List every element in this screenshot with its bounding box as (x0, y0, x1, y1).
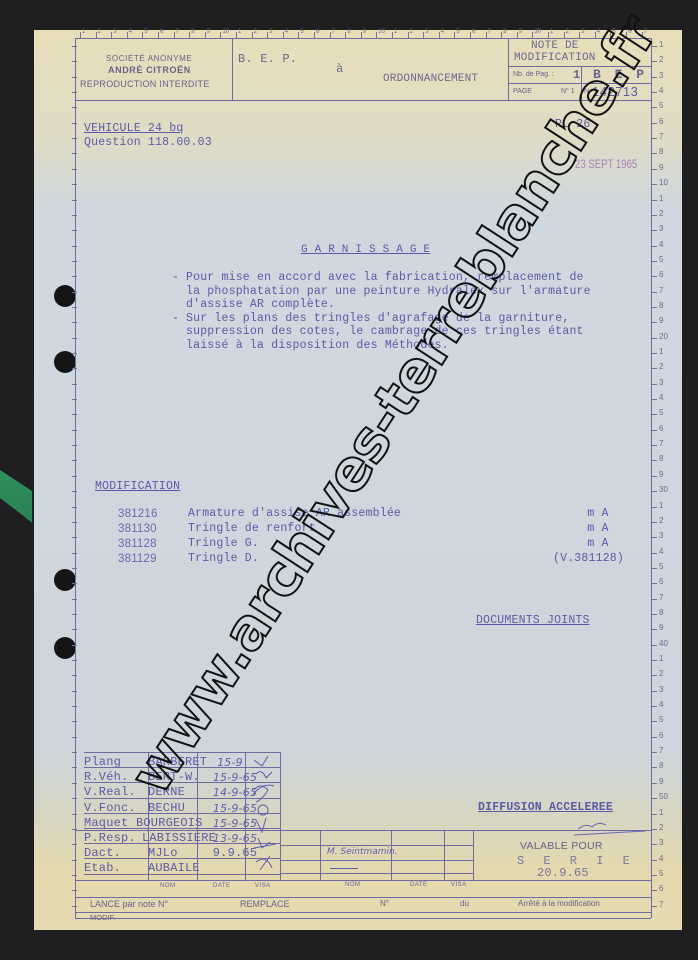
part-ref: 381129 (118, 551, 188, 567)
to-department: ORDONNANCEMENT (383, 73, 478, 85)
sig-name: MJLo (148, 846, 210, 861)
sig2-row-line (280, 845, 473, 846)
ruler-number: 5 (456, 29, 459, 35)
section-title: G A R N I S S A G E (301, 244, 430, 256)
ruler-number: 8 (659, 761, 663, 770)
ruler-number: 6 (659, 884, 663, 893)
bullet: - (172, 312, 186, 326)
bottom-ruler-line (75, 918, 651, 919)
ruler-number: 1 (659, 501, 663, 510)
pages-label: Nb. de Pag. : (513, 71, 554, 78)
ruler-number: 3 (659, 224, 663, 233)
part-ref: 381130 (118, 521, 188, 537)
ruler-number: 9 (659, 623, 663, 632)
signature-row: P.Resp.LABISSIERE13-9-65 (84, 831, 260, 846)
ruler-number: 5 (659, 408, 663, 417)
handwritten-dash (330, 868, 358, 869)
du-label: du (460, 899, 469, 908)
footer-line-2 (75, 912, 651, 913)
ruler-number: 7 (659, 900, 663, 909)
ruler-number: 9 (207, 29, 210, 35)
part-status: m A (568, 536, 628, 552)
ruler-number: 8 (503, 29, 506, 35)
ruler-number: 2 (659, 516, 663, 525)
frame-top (75, 38, 651, 39)
company-line-1: SOCIÉTÉ ANONYME (106, 54, 192, 63)
ruler-number: 9 (659, 470, 663, 479)
ruler-number: 10 (659, 178, 668, 187)
ruler-number: 7 (659, 132, 663, 141)
ruler-number: 3 (659, 71, 663, 80)
ruler-number: 7 (659, 439, 663, 448)
header-divider-2 (508, 38, 509, 100)
ruler-number: 4 (441, 29, 444, 35)
part-ref: 381216 (118, 506, 188, 522)
footer-line-1 (75, 897, 651, 898)
ruler-number: 6 (316, 29, 319, 35)
ruler-number: 5 (659, 255, 663, 264)
ruler-number: 9 (519, 29, 522, 35)
sig2-row-line (280, 873, 473, 874)
ruler-number: 3 (269, 29, 272, 35)
ruler-number: 2 (98, 29, 101, 35)
ruler-number: 5 (659, 715, 663, 724)
visa-signatures (248, 752, 282, 880)
text-line: suppression des cotes, le cambrage de ce… (172, 325, 591, 339)
sig-name: BECHU (148, 801, 210, 816)
ruler-number: 10 (222, 29, 229, 35)
lance-label: LANCE par note N° (90, 899, 168, 909)
page-label: PAGE (513, 88, 532, 95)
punch-hole (54, 351, 76, 373)
modification-row: 381129Tringle D.(V.381128) (118, 551, 628, 567)
ruler-number: 2 (410, 29, 413, 35)
punch-hole (54, 285, 76, 307)
ruler-number: 8 (659, 147, 663, 156)
doc-type: NOTE DE (531, 40, 579, 52)
ruler-number: 2 (659, 823, 663, 832)
vehicle-ref: VEHICULE 24 bq (84, 122, 183, 135)
part-description: Tringle G. (188, 536, 568, 552)
ruler-number: 3 (659, 531, 663, 540)
ruler-number: 5 (144, 29, 147, 35)
ruler-number: 5 (659, 869, 663, 878)
to-prefix: à (336, 62, 343, 76)
col-label-date: DATE (213, 883, 231, 889)
ruler-number: 4 (659, 547, 663, 556)
valid-for-label: VALABLE POUR (520, 840, 603, 852)
signature-row: Etab.AUBAILE (84, 861, 260, 876)
ruler-number: 40 (659, 639, 668, 648)
ruler-number: 8 (659, 608, 663, 617)
part-status: m A (568, 506, 628, 522)
ruler-number: 9 (659, 777, 663, 786)
modification-heading: MODIFICATION (95, 480, 180, 493)
part-description: Tringle D. (188, 551, 534, 567)
ruler-number: 5 (300, 29, 303, 35)
ruler-number: 50 (659, 792, 668, 801)
ruler-number: 6 (472, 29, 475, 35)
col2-label-date: DATE (410, 882, 428, 888)
text-line: Sur les plans des tringles d'agrafage de… (186, 312, 569, 326)
ruler-number: 6 (659, 117, 663, 126)
modification-row: 381130Tringle de renfortm A (118, 521, 628, 537)
sig-name: LABISSIERE (142, 831, 210, 846)
ruler-number: 7 (659, 593, 663, 602)
paragraph-line: -Pour mise en accord avec la fabrication… (172, 271, 591, 285)
ruler-number: 2 (659, 209, 663, 218)
col2-label-nom: NOM (345, 882, 361, 888)
ruler-number: 7 (659, 746, 663, 755)
company-name: ANDRÉ CITROËN (108, 65, 191, 75)
ruler-number: 8 (347, 29, 350, 35)
modification-row: 381128Tringle G.m A (118, 536, 628, 552)
arrete-label: Arrêté à la modification (518, 899, 600, 908)
ruler-number: 7 (659, 286, 663, 295)
signature-block-bottom-line (75, 880, 651, 881)
ruler-number: 6 (659, 731, 663, 740)
ruler-number: 9 (363, 29, 366, 35)
paragraph-line: -Sur les plans des tringles d'agrafage d… (172, 312, 591, 326)
modification-list: 381216Armature d'assise AR assembléem A … (118, 506, 628, 567)
ruler-number: 1 (82, 29, 85, 35)
ruler-number: 2 (659, 362, 663, 371)
sig2-row-line (280, 860, 473, 861)
ruler-number: 20 (378, 29, 385, 35)
part-description: Armature d'assise AR assemblée (188, 506, 568, 522)
doc-type-line-1: NOTE DE (531, 40, 579, 52)
ruler-number: 4 (659, 700, 663, 709)
ruler-number: 7 (488, 29, 491, 35)
ruler-number: 30 (534, 29, 541, 35)
ruler-number: 3 (581, 29, 584, 35)
ruler-number: 3 (113, 29, 116, 35)
ruler-number: 7 (176, 29, 179, 35)
part-status: m A (568, 521, 628, 537)
ruler-number: 4 (659, 854, 663, 863)
punch-hole (54, 637, 76, 659)
ruler-number: 6 (659, 577, 663, 586)
modif-label: MODIF. (90, 913, 115, 922)
ruler-number: 1 (659, 347, 663, 356)
ruler-number: 8 (659, 301, 663, 310)
valid-for-date: 20.9.65 (537, 866, 589, 880)
ruler-number: 4 (659, 393, 663, 402)
text-line: d'assise AR complète. (172, 298, 591, 312)
ruler-number: 1 (659, 194, 663, 203)
ruler-number: 4 (285, 29, 288, 35)
sig2-col-divider (473, 830, 474, 880)
sig-role: Maquet (84, 816, 136, 831)
handwritten-name: M. Seintmamin. (327, 847, 398, 857)
ruler-number: 6 (659, 424, 663, 433)
ruler-number: 7 (332, 29, 335, 35)
part-ref: 381128 (118, 536, 188, 552)
sig-role: P.Resp. (84, 831, 142, 846)
col-label-nom: NOM (160, 883, 176, 889)
sig-role: Dact. (84, 846, 148, 861)
bullet: - (172, 271, 186, 285)
ruler-number: 9 (659, 163, 663, 172)
right-ruler-line (651, 38, 652, 918)
question-ref: Question 118.00.03 (84, 136, 212, 149)
signature-row: MaquetBOURGEOIS15-9-65 (84, 816, 260, 831)
paragraph-1: -Pour mise en accord avec la fabrication… (172, 271, 591, 352)
header-divider-1 (232, 38, 233, 100)
ruler-number: 1 (238, 29, 241, 35)
signature-row: Dact.MJLo9.9.65 (84, 846, 260, 861)
ruler-number: 1 (659, 808, 663, 817)
ruler-number: 2 (254, 29, 257, 35)
ruler-number: 1 (550, 29, 553, 35)
part-description: Tringle de renfort (188, 521, 568, 537)
text-line: Pour mise en accord avec la fabrication,… (186, 271, 584, 285)
remplace-label: REMPLACE (240, 899, 290, 909)
ruler-number: 4 (659, 86, 663, 95)
ruler-number: 3 (659, 838, 663, 847)
ruler-number: 8 (191, 29, 194, 35)
ruler-number: 4 (659, 240, 663, 249)
company-line-3: REPRODUCTION INTERDITE (80, 79, 210, 89)
background-green-object (0, 470, 32, 540)
ruler-number: 30 (659, 485, 668, 494)
col2-label-visa: VISA (451, 882, 467, 888)
ruler-number: 1 (394, 29, 397, 35)
ruler-number: 20 (659, 332, 668, 341)
sig-role: V.Real. (84, 785, 148, 800)
ruler-number: 6 (659, 270, 663, 279)
ruler-number: 2 (659, 55, 663, 64)
sig-role: V.Fonc. (84, 801, 148, 816)
ruler-number: 2 (566, 29, 569, 35)
ruler-number: 3 (425, 29, 428, 35)
number-label: N° (380, 899, 389, 908)
ruler-number: 4 (129, 29, 132, 35)
ruler-number: 3 (659, 378, 663, 387)
diffusion-signature (570, 815, 650, 837)
ruler-number: 6 (160, 29, 163, 35)
modification-row: 381216Armature d'assise AR assembléem A (118, 506, 628, 522)
ruler-number: 5 (659, 101, 663, 110)
sig-name: BOURGEOIS (136, 816, 210, 831)
punch-hole (54, 569, 76, 591)
sig-name: AUBAILE (148, 861, 210, 876)
from-department: B. E. P. (238, 52, 297, 66)
diffusion-label: DIFFUSION ACCELEREE (478, 801, 613, 814)
ruler-number: 9 (659, 316, 663, 325)
text-line: laissé à la disposition des Méthodes. (172, 339, 591, 353)
frame-left (75, 38, 76, 918)
ruler-number: 3 (659, 685, 663, 694)
part-status: (V.381128) (534, 551, 624, 567)
ruler-number: 8 (659, 454, 663, 463)
documents-joints: DOCUMENTS JOINTS (476, 614, 590, 627)
sig-date: 15-9 (210, 755, 250, 770)
ruler-number: 5 (659, 562, 663, 571)
sig-role: Etab. (84, 861, 148, 876)
ruler-number: 1 (659, 654, 663, 663)
ruler-number: 2 (659, 669, 663, 678)
col-label-visa: VISA (255, 883, 271, 889)
text-line: la phosphatation par une peinture Hydral… (172, 285, 591, 299)
